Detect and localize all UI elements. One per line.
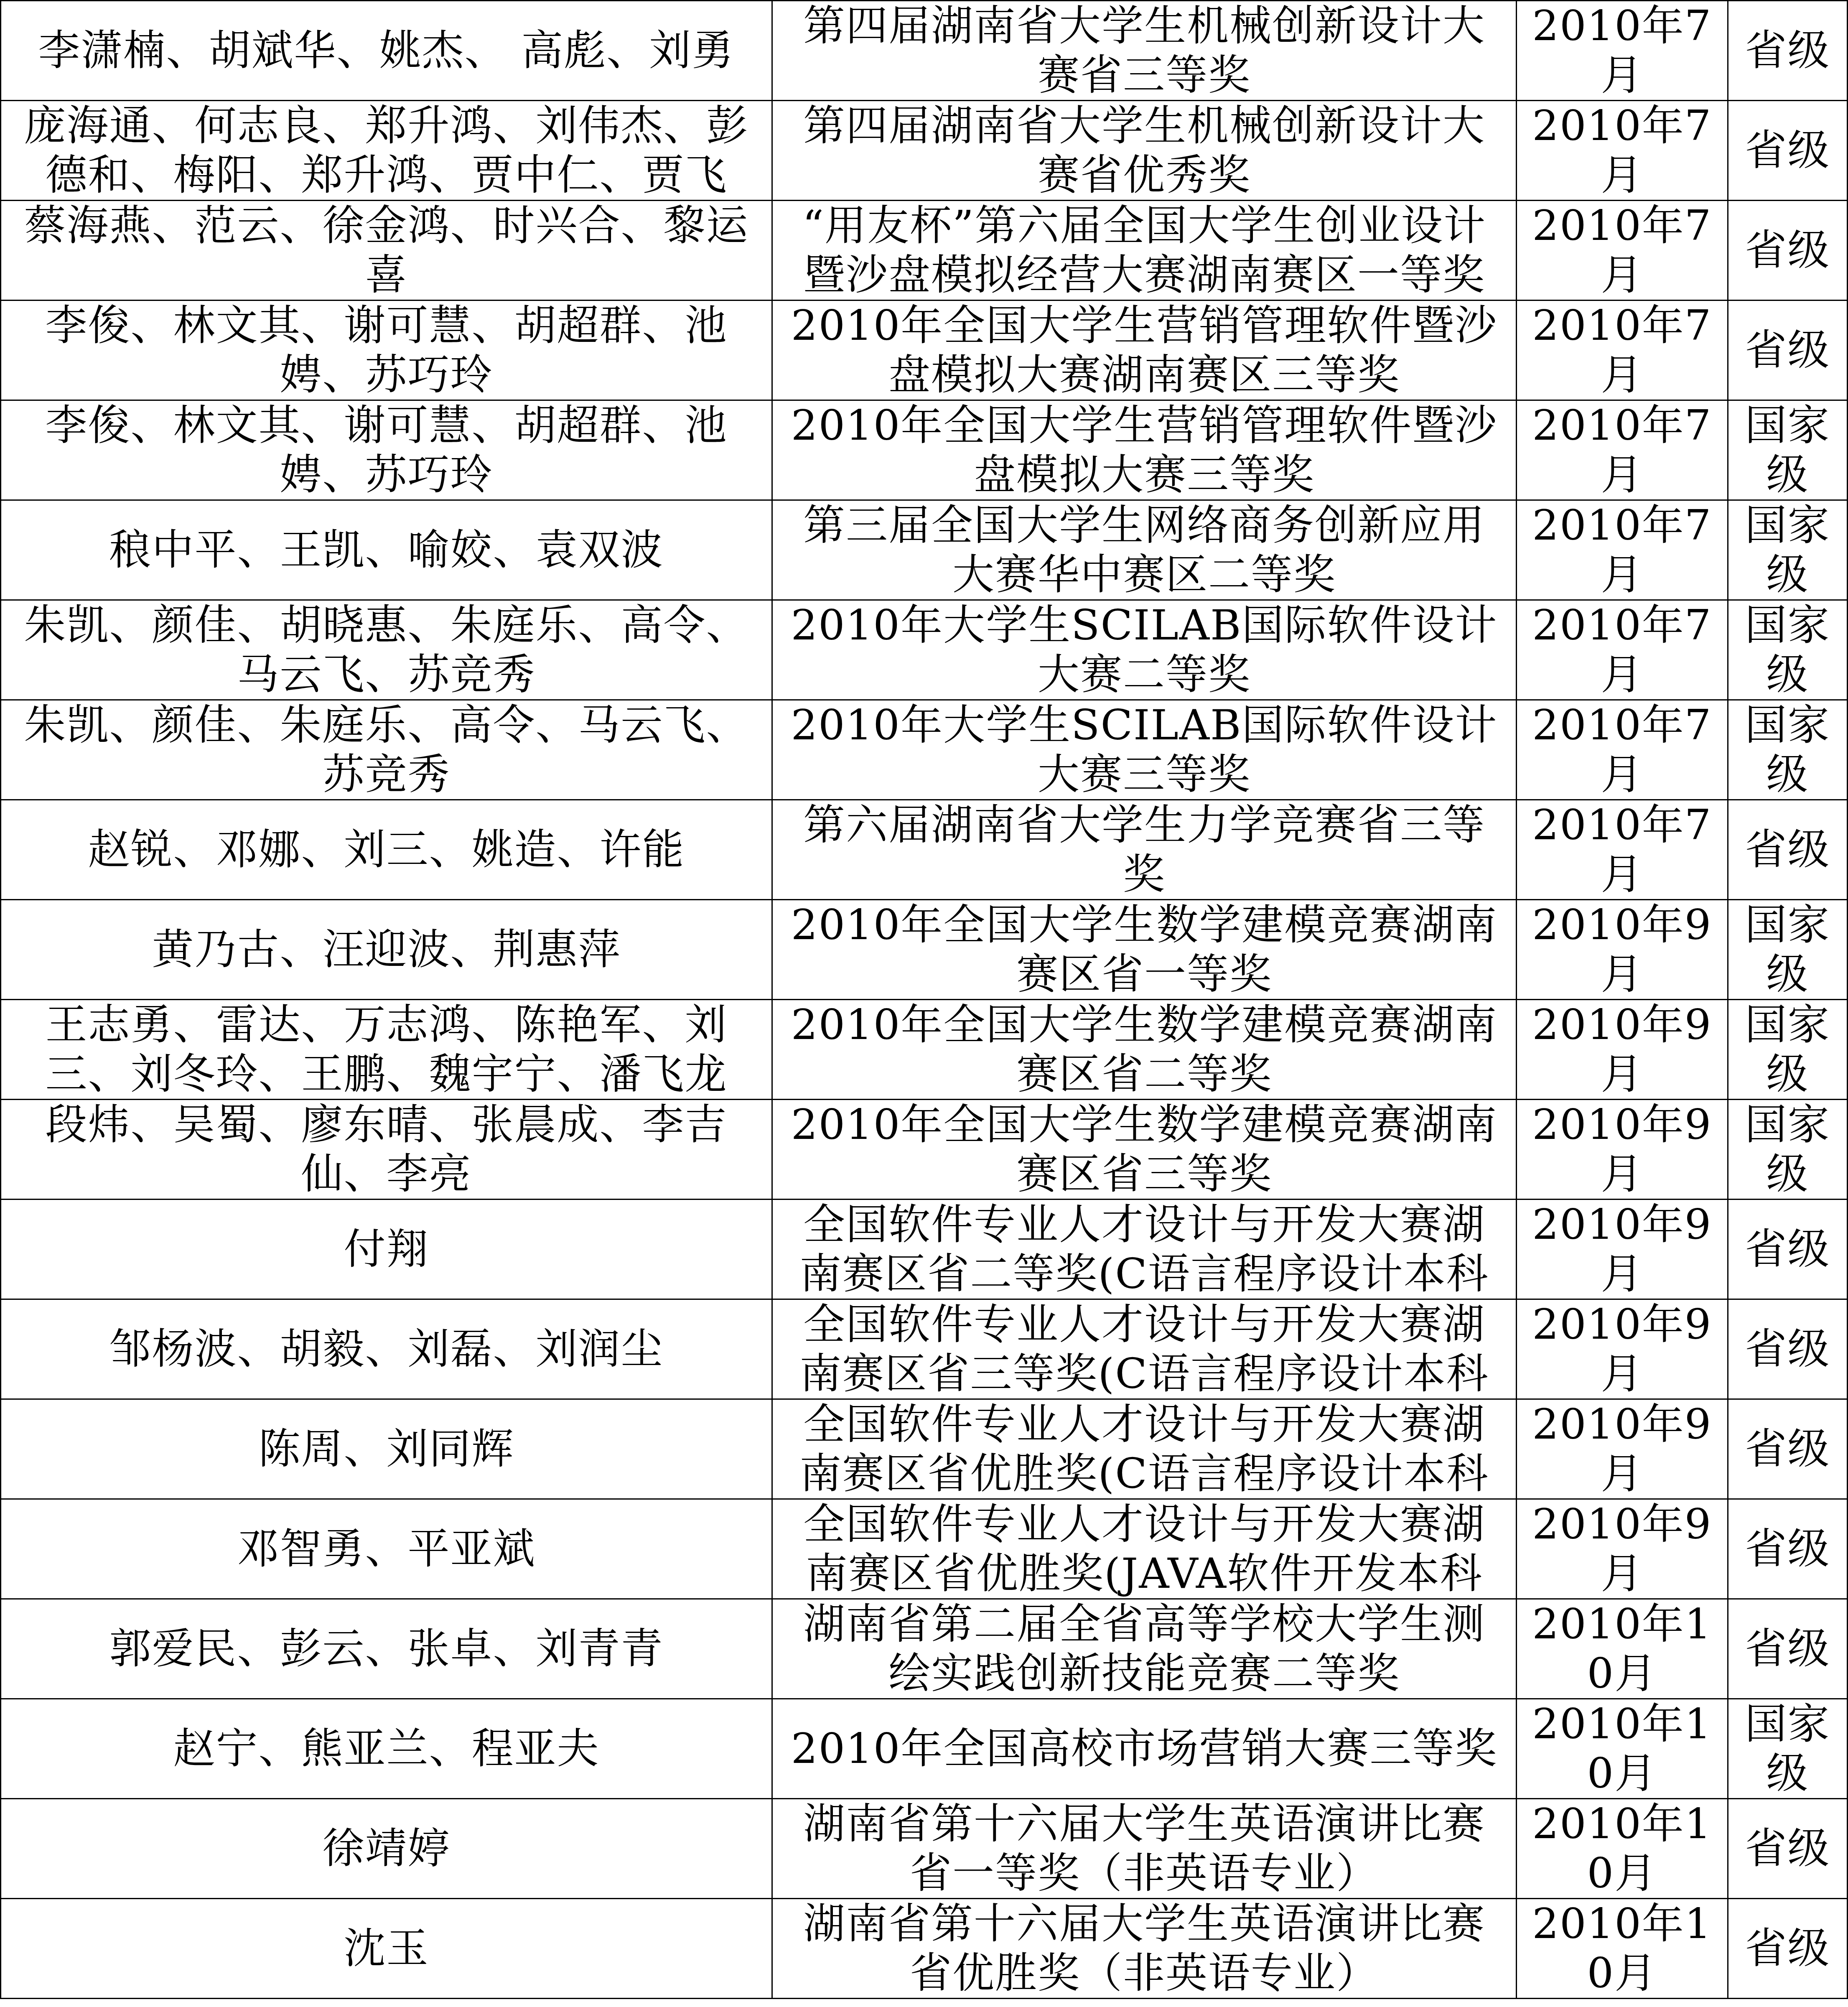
members-cell: 李俊、林文其、谢可慧、胡超群、池娉、苏巧玲 (1, 400, 772, 500)
level-cell-text: 国家级 (1731, 1100, 1844, 1199)
level-cell-text: 国家级 (1731, 601, 1844, 699)
level-cell: 省级 (1728, 1399, 1847, 1499)
level-cell: 国家级 (1728, 500, 1847, 600)
level-cell: 国家级 (1728, 900, 1847, 1000)
date-cell: 2010年9月 (1517, 1499, 1728, 1599)
date-cell-text: 2010年10月 (1520, 1799, 1724, 1898)
award-cell: 全国软件专业人才设计与开发大赛湖南赛区省优胜奖(C语言程序设计本科组) (772, 1399, 1516, 1499)
award-cell: 2010年大学生SCILAB国际软件设计大赛二等奖 (772, 600, 1516, 700)
date-cell-text: 2010年9月 (1520, 1000, 1724, 1099)
level-cell: 国家级 (1728, 600, 1847, 700)
members-cell: 徐靖婷 (1, 1799, 772, 1899)
date-cell-text: 2010年10月 (1520, 1699, 1724, 1798)
award-cell: 2010年全国大学生数学建模竞赛湖南赛区省三等奖 (772, 1100, 1516, 1200)
date-cell: 2010年9月 (1517, 1000, 1728, 1100)
award-cell-text: 第四届湖南省大学生机械创新设计大赛省优秀奖 (783, 101, 1506, 200)
date-cell: 2010年7月 (1517, 700, 1728, 800)
members-cell: 邹杨波、胡毅、刘磊、刘润尘 (1, 1299, 772, 1399)
award-cell: “用友杯”第六届全国大学生创业设计暨沙盘模拟经营大赛湖南赛区一等奖 (772, 201, 1516, 301)
award-cell-text: 全国软件专业人才设计与开发大赛湖南赛区省二等奖(C语言程序设计本科组) (783, 1200, 1506, 1299)
members-cell: 朱凯、颜佳、胡晓惠、朱庭乐、高令、马云飞、苏竞秀 (1, 600, 772, 700)
award-cell: 全国软件专业人才设计与开发大赛湖南赛区省优胜奖(JAVA软件开发本科组) (772, 1499, 1516, 1599)
level-cell-text: 省级 (1731, 26, 1844, 75)
date-cell: 2010年7月 (1517, 500, 1728, 600)
award-cell: 全国软件专业人才设计与开发大赛湖南赛区省二等奖(C语言程序设计本科组) (772, 1200, 1516, 1299)
level-cell: 国家级 (1728, 400, 1847, 500)
level-cell: 省级 (1728, 301, 1847, 400)
members-cell: 庞海通、何志良、郑升鸿、刘伟杰、彭德和、梅阳、郑升鸿、贾中仁、贾飞虎、刘 (1, 101, 772, 201)
level-cell: 省级 (1728, 1899, 1847, 1999)
award-cell-text: 2010年全国大学生营销管理软件暨沙盘模拟大赛三等奖 (783, 401, 1506, 499)
level-cell-text: 省级 (1731, 226, 1844, 275)
members-cell: 黄乃古、汪迎波、荆惠萍 (1, 900, 772, 1000)
award-cell-text: 2010年大学生SCILAB国际软件设计大赛二等奖 (783, 601, 1506, 699)
members-cell: 赵锐、邓娜、刘三、姚造、许能 (1, 800, 772, 900)
level-cell: 省级 (1728, 1200, 1847, 1299)
table-row: 沈玉湖南省第十六届大学生英语演讲比赛省优胜奖（非英语专业）2010年10月省级 (1, 1899, 1848, 1999)
award-cell: 全国软件专业人才设计与开发大赛湖南赛区省三等奖(C语言程序设计本科组) (772, 1299, 1516, 1399)
members-cell-text: 黄乃古、汪迎波、荆惠萍 (11, 925, 761, 974)
date-cell-text: 2010年9月 (1520, 1100, 1724, 1199)
level-cell: 省级 (1728, 1299, 1847, 1399)
table-row: 黄乃古、汪迎波、荆惠萍2010年全国大学生数学建模竞赛湖南赛区省一等奖2010年… (1, 900, 1848, 1000)
award-cell-text: 全国软件专业人才设计与开发大赛湖南赛区省优胜奖(JAVA软件开发本科组) (783, 1500, 1506, 1598)
award-cell-text: “用友杯”第六届全国大学生创业设计暨沙盘模拟经营大赛湖南赛区一等奖 (783, 201, 1506, 300)
members-cell: 李潇楠、胡斌华、姚杰、 高彪、刘勇 (1, 1, 772, 101)
award-cell: 2010年大学生SCILAB国际软件设计大赛三等奖 (772, 700, 1516, 800)
date-cell: 2010年7月 (1517, 800, 1728, 900)
date-cell: 2010年9月 (1517, 1100, 1728, 1200)
members-cell: 沈玉 (1, 1899, 772, 1999)
level-cell: 国家级 (1728, 1100, 1847, 1200)
table-row: 稂中平、王凯、喻姣、袁双波第三届全国大学生网络商务创新应用大赛华中赛区二等奖20… (1, 500, 1848, 600)
members-cell-text: 陈周、刘同辉 (11, 1424, 761, 1474)
members-cell: 付翔 (1, 1200, 772, 1299)
level-cell: 省级 (1728, 1, 1847, 101)
award-cell-text: 2010年全国大学生数学建模竞赛湖南赛区省三等奖 (783, 1100, 1506, 1199)
table-row: 付翔全国软件专业人才设计与开发大赛湖南赛区省二等奖(C语言程序设计本科组)201… (1, 1200, 1848, 1299)
award-cell-text: 全国软件专业人才设计与开发大赛湖南赛区省优胜奖(C语言程序设计本科组) (783, 1400, 1506, 1498)
table-row: 徐靖婷湖南省第十六届大学生英语演讲比赛省一等奖（非英语专业）2010年10月省级 (1, 1799, 1848, 1899)
members-cell-text: 徐靖婷 (11, 1824, 761, 1873)
level-cell-text: 省级 (1731, 1924, 1844, 1973)
members-cell-text: 李俊、林文其、谢可慧、胡超群、池娉、苏巧玲 (11, 401, 761, 499)
level-cell-text: 国家级 (1731, 401, 1844, 499)
award-cell-text: 第四届湖南省大学生机械创新设计大赛省三等奖 (783, 1, 1506, 100)
members-cell: 段炜、吴蜀、廖东晴、张晨成、李吉仙、李亮 (1, 1100, 772, 1200)
level-cell: 国家级 (1728, 700, 1847, 800)
level-cell-text: 省级 (1731, 1524, 1844, 1574)
members-cell-text: 付翔 (11, 1225, 761, 1274)
award-cell-text: 2010年全国大学生数学建模竞赛湖南赛区省二等奖 (783, 1000, 1506, 1099)
members-cell-text: 赵锐、邓娜、刘三、姚造、许能 (11, 825, 761, 874)
table-row: 蔡海燕、范云、徐金鸿、时兴合、黎运喜“用友杯”第六届全国大学生创业设计暨沙盘模拟… (1, 201, 1848, 301)
date-cell: 2010年10月 (1517, 1699, 1728, 1799)
level-cell-text: 国家级 (1731, 700, 1844, 799)
level-cell: 省级 (1728, 1599, 1847, 1699)
award-cell-text: 2010年全国大学生数学建模竞赛湖南赛区省一等奖 (783, 900, 1506, 999)
members-cell-text: 李俊、林文其、谢可慧、胡超群、池娉、苏巧玲 (11, 301, 761, 400)
award-cell: 2010年全国大学生数学建模竞赛湖南赛区省二等奖 (772, 1000, 1516, 1100)
members-cell: 朱凯、颜佳、朱庭乐、高令、马云飞、苏竞秀 (1, 700, 772, 800)
award-cell-text: 2010年大学生SCILAB国际软件设计大赛三等奖 (783, 700, 1506, 799)
members-cell-text: 庞海通、何志良、郑升鸿、刘伟杰、彭德和、梅阳、郑升鸿、贾中仁、贾飞虎、刘 (11, 101, 761, 200)
date-cell-text: 2010年7月 (1520, 501, 1724, 599)
date-cell: 2010年7月 (1517, 101, 1728, 201)
members-cell-text: 蔡海燕、范云、徐金鸿、时兴合、黎运喜 (11, 201, 761, 300)
members-cell: 陈周、刘同辉 (1, 1399, 772, 1499)
award-cell: 2010年全国大学生营销管理软件暨沙盘模拟大赛三等奖 (772, 400, 1516, 500)
date-cell: 2010年7月 (1517, 1, 1728, 101)
level-cell: 国家级 (1728, 1000, 1847, 1100)
level-cell: 省级 (1728, 1799, 1847, 1899)
date-cell-text: 2010年7月 (1520, 101, 1724, 200)
table-row: 朱凯、颜佳、朱庭乐、高令、马云飞、苏竞秀2010年大学生SCILAB国际软件设计… (1, 700, 1848, 800)
level-cell: 省级 (1728, 101, 1847, 201)
date-cell: 2010年9月 (1517, 1299, 1728, 1399)
table-row: 段炜、吴蜀、廖东晴、张晨成、李吉仙、李亮2010年全国大学生数学建模竞赛湖南赛区… (1, 1100, 1848, 1200)
date-cell-text: 2010年7月 (1520, 201, 1724, 300)
members-cell-text: 段炜、吴蜀、廖东晴、张晨成、李吉仙、李亮 (11, 1100, 761, 1199)
members-cell-text: 李潇楠、胡斌华、姚杰、 高彪、刘勇 (11, 26, 761, 75)
award-cell: 湖南省第十六届大学生英语演讲比赛省一等奖（非英语专业） (772, 1799, 1516, 1899)
level-cell-text: 省级 (1731, 825, 1844, 874)
level-cell: 国家级 (1728, 1699, 1847, 1799)
award-cell: 第三届全国大学生网络商务创新应用大赛华中赛区二等奖 (772, 500, 1516, 600)
award-cell-text: 第六届湖南省大学生力学竞赛省三等奖 (783, 800, 1506, 899)
members-cell-text: 稂中平、王凯、喻姣、袁双波 (11, 525, 761, 575)
date-cell: 2010年9月 (1517, 1200, 1728, 1299)
award-cell-text: 湖南省第十六届大学生英语演讲比赛省一等奖（非英语专业） (783, 1799, 1506, 1898)
members-cell-text: 王志勇、雷达、万志鸿、陈艳军、刘三、刘冬玲、王鹏、魏宇宁、潘飞龙 (11, 1000, 761, 1099)
award-cell-text: 第三届全国大学生网络商务创新应用大赛华中赛区二等奖 (783, 501, 1506, 599)
date-cell: 2010年10月 (1517, 1899, 1728, 1999)
date-cell-text: 2010年9月 (1520, 1500, 1724, 1598)
table-row: 庞海通、何志良、郑升鸿、刘伟杰、彭德和、梅阳、郑升鸿、贾中仁、贾飞虎、刘第四届湖… (1, 101, 1848, 201)
table-row: 赵宁、熊亚兰、程亚夫2010年全国高校市场营销大赛三等奖2010年10月国家级 (1, 1699, 1848, 1799)
award-cell: 第六届湖南省大学生力学竞赛省三等奖 (772, 800, 1516, 900)
date-cell-text: 2010年9月 (1520, 900, 1724, 999)
date-cell-text: 2010年7月 (1520, 800, 1724, 899)
date-cell-text: 2010年9月 (1520, 1300, 1724, 1398)
level-cell-text: 国家级 (1731, 1000, 1844, 1099)
members-cell-text: 邓智勇、平亚斌 (11, 1524, 761, 1574)
date-cell: 2010年7月 (1517, 201, 1728, 301)
table-row: 李俊、林文其、谢可慧、胡超群、池娉、苏巧玲2010年全国大学生营销管理软件暨沙盘… (1, 301, 1848, 400)
date-cell: 2010年10月 (1517, 1599, 1728, 1699)
awards-table: 李潇楠、胡斌华、姚杰、 高彪、刘勇第四届湖南省大学生机械创新设计大赛省三等奖20… (0, 0, 1848, 1999)
table-row: 邓智勇、平亚斌全国软件专业人才设计与开发大赛湖南赛区省优胜奖(JAVA软件开发本… (1, 1499, 1848, 1599)
date-cell: 2010年7月 (1517, 600, 1728, 700)
members-cell-text: 邹杨波、胡毅、刘磊、刘润尘 (11, 1324, 761, 1374)
award-cell-text: 2010年全国高校市场营销大赛三等奖 (783, 1724, 1506, 1773)
members-cell-text: 朱凯、颜佳、朱庭乐、高令、马云飞、苏竞秀 (11, 700, 761, 799)
table-row: 李俊、林文其、谢可慧、胡超群、池娉、苏巧玲2010年全国大学生营销管理软件暨沙盘… (1, 400, 1848, 500)
date-cell-text: 2010年7月 (1520, 401, 1724, 499)
date-cell-text: 2010年9月 (1520, 1400, 1724, 1498)
level-cell: 省级 (1728, 1499, 1847, 1599)
level-cell-text: 省级 (1731, 1624, 1844, 1673)
members-cell: 郭爱民、彭云、张卓、刘青青 (1, 1599, 772, 1699)
level-cell-text: 省级 (1731, 1824, 1844, 1873)
level-cell-text: 国家级 (1731, 501, 1844, 599)
award-cell-text: 湖南省第十六届大学生英语演讲比赛省优胜奖（非英语专业） (783, 1899, 1506, 1998)
members-cell: 赵宁、熊亚兰、程亚夫 (1, 1699, 772, 1799)
members-cell: 稂中平、王凯、喻姣、袁双波 (1, 500, 772, 600)
date-cell: 2010年9月 (1517, 900, 1728, 1000)
table-row: 王志勇、雷达、万志鸿、陈艳军、刘三、刘冬玲、王鹏、魏宇宁、潘飞龙2010年全国大… (1, 1000, 1848, 1100)
award-cell: 湖南省第二届全省高等学校大学生测绘实践创新技能竞赛二等奖 (772, 1599, 1516, 1699)
level-cell-text: 省级 (1731, 1424, 1844, 1474)
date-cell: 2010年7月 (1517, 301, 1728, 400)
level-cell-text: 省级 (1731, 1324, 1844, 1374)
table-row: 李潇楠、胡斌华、姚杰、 高彪、刘勇第四届湖南省大学生机械创新设计大赛省三等奖20… (1, 1, 1848, 101)
members-cell-text: 郭爱民、彭云、张卓、刘青青 (11, 1624, 761, 1673)
award-cell: 第四届湖南省大学生机械创新设计大赛省三等奖 (772, 1, 1516, 101)
table-row: 郭爱民、彭云、张卓、刘青青湖南省第二届全省高等学校大学生测绘实践创新技能竞赛二等… (1, 1599, 1848, 1699)
members-cell-text: 赵宁、熊亚兰、程亚夫 (11, 1724, 761, 1773)
award-cell-text: 湖南省第二届全省高等学校大学生测绘实践创新技能竞赛二等奖 (783, 1599, 1506, 1698)
members-cell-text: 沈玉 (11, 1924, 761, 1973)
members-cell-text: 朱凯、颜佳、胡晓惠、朱庭乐、高令、马云飞、苏竞秀 (11, 601, 761, 699)
date-cell-text: 2010年9月 (1520, 1200, 1724, 1299)
table-row: 朱凯、颜佳、胡晓惠、朱庭乐、高令、马云飞、苏竞秀2010年大学生SCILAB国际… (1, 600, 1848, 700)
members-cell: 蔡海燕、范云、徐金鸿、时兴合、黎运喜 (1, 201, 772, 301)
award-cell: 2010年全国大学生数学建模竞赛湖南赛区省一等奖 (772, 900, 1516, 1000)
date-cell-text: 2010年7月 (1520, 601, 1724, 699)
date-cell-text: 2010年7月 (1520, 301, 1724, 400)
awards-table-body: 李潇楠、胡斌华、姚杰、 高彪、刘勇第四届湖南省大学生机械创新设计大赛省三等奖20… (1, 1, 1848, 1999)
date-cell: 2010年7月 (1517, 400, 1728, 500)
members-cell: 王志勇、雷达、万志鸿、陈艳军、刘三、刘冬玲、王鹏、魏宇宁、潘飞龙 (1, 1000, 772, 1100)
level-cell-text: 国家级 (1731, 900, 1844, 999)
level-cell-text: 省级 (1731, 326, 1844, 375)
level-cell: 省级 (1728, 800, 1847, 900)
date-cell-text: 2010年10月 (1520, 1599, 1724, 1698)
table-row: 赵锐、邓娜、刘三、姚造、许能第六届湖南省大学生力学竞赛省三等奖2010年7月省级 (1, 800, 1848, 900)
award-cell-text: 2010年全国大学生营销管理软件暨沙盘模拟大赛湖南赛区三等奖 (783, 301, 1506, 400)
date-cell: 2010年10月 (1517, 1799, 1728, 1899)
level-cell-text: 省级 (1731, 1225, 1844, 1274)
award-cell: 2010年全国大学生营销管理软件暨沙盘模拟大赛湖南赛区三等奖 (772, 301, 1516, 400)
members-cell: 李俊、林文其、谢可慧、胡超群、池娉、苏巧玲 (1, 301, 772, 400)
award-cell-text: 全国软件专业人才设计与开发大赛湖南赛区省三等奖(C语言程序设计本科组) (783, 1300, 1506, 1398)
level-cell: 省级 (1728, 201, 1847, 301)
award-cell: 2010年全国高校市场营销大赛三等奖 (772, 1699, 1516, 1799)
level-cell-text: 省级 (1731, 126, 1844, 175)
table-row: 邹杨波、胡毅、刘磊、刘润尘全国软件专业人才设计与开发大赛湖南赛区省三等奖(C语言… (1, 1299, 1848, 1399)
date-cell: 2010年9月 (1517, 1399, 1728, 1499)
members-cell: 邓智勇、平亚斌 (1, 1499, 772, 1599)
date-cell-text: 2010年7月 (1520, 700, 1724, 799)
level-cell-text: 国家级 (1731, 1699, 1844, 1798)
date-cell-text: 2010年7月 (1520, 1, 1724, 100)
table-row: 陈周、刘同辉全国软件专业人才设计与开发大赛湖南赛区省优胜奖(C语言程序设计本科组… (1, 1399, 1848, 1499)
award-cell: 湖南省第十六届大学生英语演讲比赛省优胜奖（非英语专业） (772, 1899, 1516, 1999)
award-cell: 第四届湖南省大学生机械创新设计大赛省优秀奖 (772, 101, 1516, 201)
date-cell-text: 2010年10月 (1520, 1899, 1724, 1998)
